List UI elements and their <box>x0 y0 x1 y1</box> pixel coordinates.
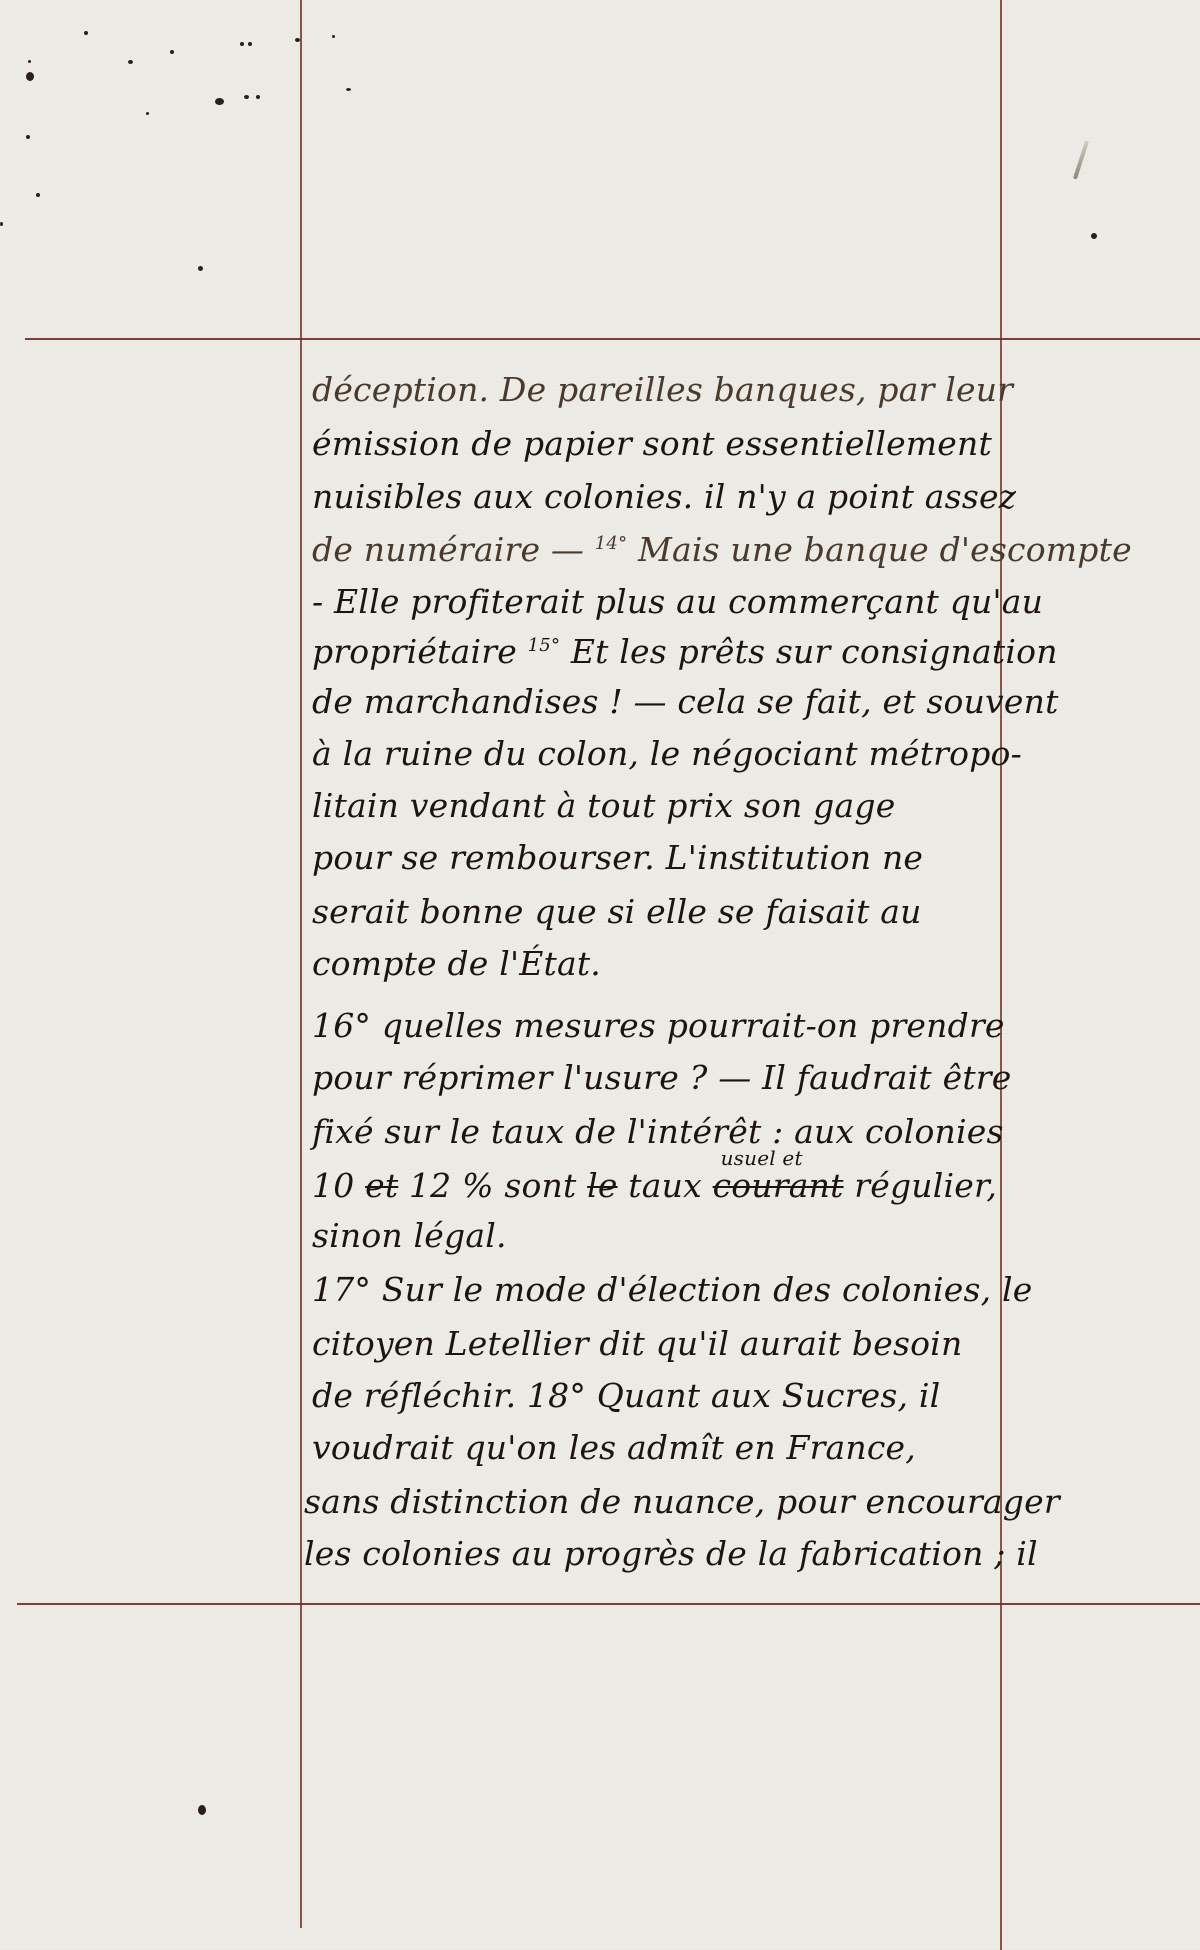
text-line-8: à la ruine du colon, le négociant métrop… <box>312 734 1022 773</box>
text-segment: taux <box>618 1166 713 1205</box>
struck-word: courant <box>713 1166 844 1205</box>
right-margin-rule <box>1000 0 1002 1950</box>
text-line-4: de numéraire — 14° Mais une banque d'esc… <box>312 530 1132 569</box>
text-line-13: 16° quelles mesures pourrait-on prendre <box>312 1006 1005 1045</box>
text-segment: régulier, <box>844 1166 997 1205</box>
text-segment: Et les prêts sur consignation <box>560 632 1058 671</box>
text-line-18: 17° Sur le mode d'élection des colonies,… <box>312 1270 1033 1309</box>
text-line-16: 10 et 12 % sont le taux courantusuel et … <box>312 1166 997 1205</box>
left-margin-rule <box>300 0 302 1928</box>
top-horizontal-rule <box>25 338 1200 340</box>
text-segment: propriétaire <box>312 632 528 671</box>
text-line-10: pour se rembourser. L'institution ne <box>312 838 923 877</box>
text-line-19: citoyen Letellier dit qu'il aurait besoi… <box>312 1324 962 1363</box>
section-number: 15° <box>528 635 561 656</box>
text-line-22: sans distinction de nuance, pour encoura… <box>304 1482 1060 1521</box>
text-line-12: compte de l'État. <box>312 944 601 983</box>
text-line-6: propriétaire 15° Et les prêts sur consig… <box>312 632 1058 671</box>
text-line-2: émission de papier sont essentiellement <box>312 424 992 463</box>
bottom-horizontal-rule <box>17 1603 1200 1605</box>
struck-word: le <box>587 1166 617 1205</box>
text-segment: de numéraire — <box>312 530 595 569</box>
interlinear-insertion: usuel et <box>721 1146 803 1170</box>
correction-group: courantusuel et <box>713 1166 844 1205</box>
text-line-14: pour réprimer l'usure ? — Il faudrait êt… <box>312 1058 1011 1097</box>
text-segment: 10 <box>312 1166 365 1205</box>
text-line-1: déception. De pareilles banques, par leu… <box>312 370 1013 409</box>
text-segment: 12 % sont <box>398 1166 587 1205</box>
text-line-20: de réfléchir. 18° Quant aux Sucres, il <box>312 1376 940 1415</box>
text-line-7: de marchandises ! — cela se fait, et sou… <box>312 682 1059 721</box>
struck-word: et <box>365 1166 398 1205</box>
section-number: 14° <box>595 533 628 554</box>
text-line-9: litain vendant à tout prix son gage <box>312 786 895 825</box>
text-line-21: voudrait qu'on les admît en France, <box>312 1428 916 1467</box>
text-line-17: sinon légal. <box>312 1216 507 1255</box>
text-line-3: nuisibles aux colonies. il n'y a point a… <box>312 477 1016 516</box>
text-segment: Mais une banque d'escompte <box>627 530 1132 569</box>
text-line-5: - Elle profiterait plus au commerçant qu… <box>312 582 1043 621</box>
text-line-11: serait bonne que si elle se faisait au <box>312 892 922 931</box>
text-line-23: les colonies au progrès de la fabricatio… <box>304 1534 1038 1573</box>
text-line-15: fixé sur le taux de l'intérêt : aux colo… <box>312 1112 1004 1151</box>
